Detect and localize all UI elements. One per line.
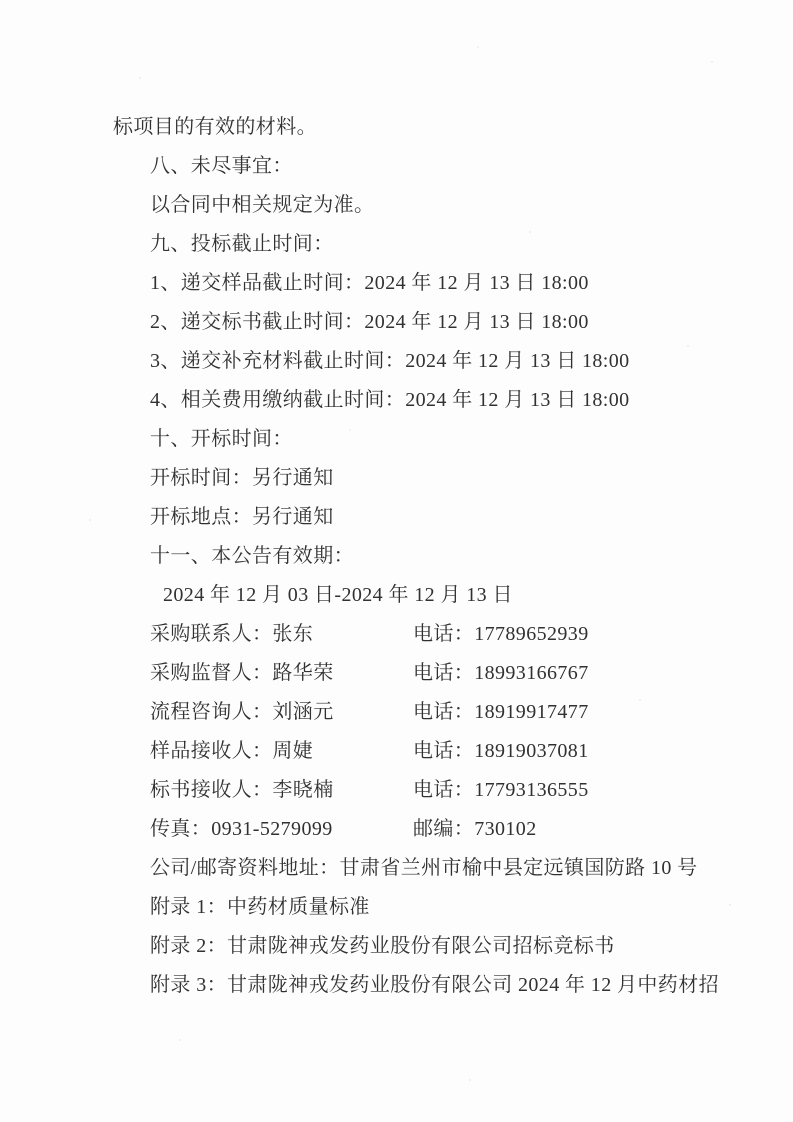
contact-row-purchase-contact: 采购联系人：张东 电话：17789652939 <box>113 615 753 654</box>
scanned-document-page: 标项目的有效的材料。 八、未尽事宜： 以合同中相关规定为准。 九、投标截止时间：… <box>0 0 793 1122</box>
contact-row-purchase-supervisor: 采购监督人：路华荣 电话：18993166767 <box>113 654 753 693</box>
contact-phone: 电话：18919037081 <box>413 732 589 771</box>
contact-phone: 电话：17793136555 <box>413 771 589 810</box>
address-line: 公司/邮寄资料地址：甘肃省兰州市榆中县定远镇国防路 10 号 <box>113 849 753 888</box>
section-9-heading: 九、投标截止时间： <box>113 225 753 264</box>
contact-phone: 电话：18993166767 <box>413 654 589 693</box>
bid-opening-place: 开标地点：另行通知 <box>113 498 753 537</box>
contact-phone: 电话：17789652939 <box>413 615 589 654</box>
deadline-item-fee-payment: 4、相关费用缴纳截止时间：2024 年 12 月 13 日 18:00 <box>113 381 753 420</box>
deadline-item-bid-document: 2、递交标书截止时间：2024 年 12 月 13 日 18:00 <box>113 303 753 342</box>
validity-period: 2024 年 12 月 03 日-2024 年 12 月 13 日 <box>113 576 753 615</box>
contact-row-bid-document-receiver: 标书接收人：李晓楠 电话：17793136555 <box>113 771 753 810</box>
bid-opening-time: 开标时间：另行通知 <box>113 459 753 498</box>
document-body: 标项目的有效的材料。 八、未尽事宜： 以合同中相关规定为准。 九、投标截止时间：… <box>113 108 753 1005</box>
contact-row-fax-postcode: 传真：0931-5279099 邮编：730102 <box>113 810 753 849</box>
section-11-heading: 十一、本公告有效期： <box>113 537 753 576</box>
contact-person-label: 标书接收人：李晓楠 <box>150 779 334 801</box>
postcode-label: 邮编：730102 <box>413 810 537 849</box>
deadline-item-sample: 1、递交样品截止时间：2024 年 12 月 13 日 18:00 <box>113 264 753 303</box>
contact-phone: 电话：18919917477 <box>413 693 589 732</box>
section-10-heading: 十、开标时间： <box>113 420 753 459</box>
section-8-body: 以合同中相关规定为准。 <box>113 186 753 225</box>
contact-person-label: 流程咨询人：刘涵元 <box>150 701 334 723</box>
contact-person-label: 采购联系人：张东 <box>150 623 313 645</box>
contact-person-label: 样品接收人：周婕 <box>150 740 313 762</box>
fax-label: 传真：0931-5279099 <box>150 818 333 840</box>
appendix-2: 附录 2：甘肃陇神戎发药业股份有限公司招标竞标书 <box>113 927 753 966</box>
deadline-item-supplementary: 3、递交补充材料截止时间：2024 年 12 月 13 日 18:00 <box>113 342 753 381</box>
appendix-3: 附录 3：甘肃陇神戎发药业股份有限公司 2024 年 12 月中药材招 <box>113 966 753 1005</box>
appendix-1: 附录 1：中药材质量标准 <box>113 888 753 927</box>
paragraph-continuation: 标项目的有效的材料。 <box>113 108 753 147</box>
contact-row-sample-receiver: 样品接收人：周婕 电话：18919037081 <box>113 732 753 771</box>
contact-person-label: 采购监督人：路华荣 <box>150 662 334 684</box>
contact-row-process-consultant: 流程咨询人：刘涵元 电话：18919917477 <box>113 693 753 732</box>
section-8-heading: 八、未尽事宜： <box>113 147 753 186</box>
